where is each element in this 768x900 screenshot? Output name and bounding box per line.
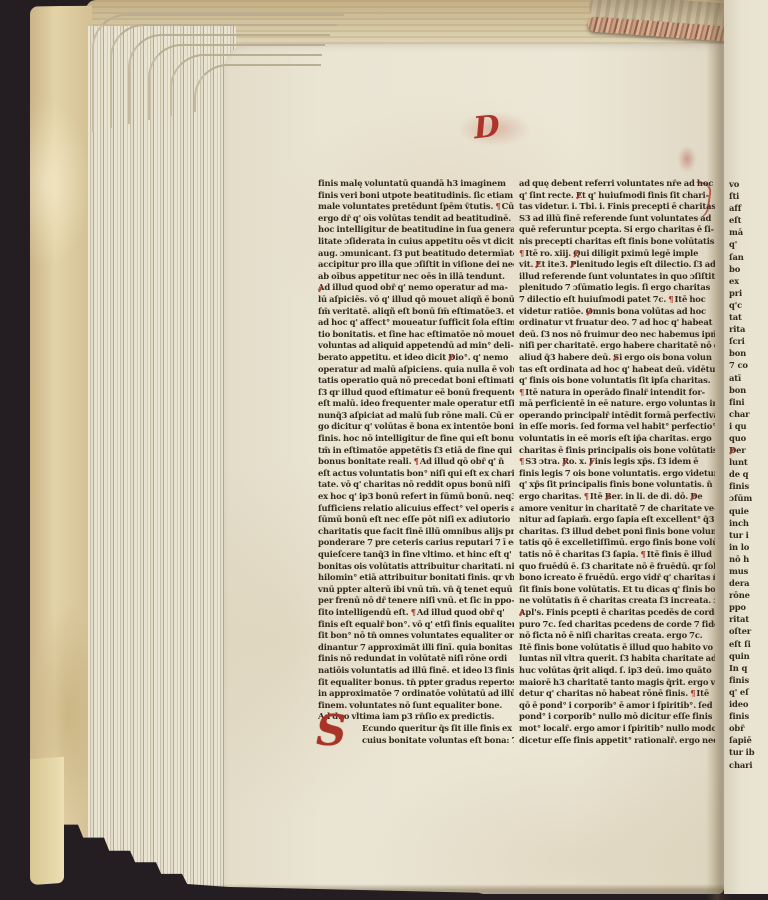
- text-line: nunq̄3 aſpiciat ad malū ſub rōne mali. C…: [318, 410, 514, 422]
- text-line: finis nō redundat in volūtatē niſi rōne …: [318, 653, 514, 665]
- text-line: litate ɔſiderata in cuius appetitu oēs v…: [318, 236, 514, 248]
- text-line: berato appetitu. et ideo dicit Dio°. q' …: [318, 352, 514, 364]
- text-line: mot° localr̄. ergo amor i ſpiritib° null…: [519, 723, 715, 735]
- text-line: tur ib: [729, 746, 768, 758]
- text-line: bon: [729, 384, 768, 396]
- text-line: ergo dr̄ q' oīs volūtas tendit ad beatit…: [318, 213, 514, 225]
- text-line: in eſſe moris. ſed forma vel habit° perf…: [519, 421, 715, 433]
- text-line: ergo charitas. ¶Itē Ber. in li. de di. d…: [519, 491, 715, 503]
- text-line: vnū ppter alterū ibi vnū tm̄. vn̄ q̄ ten…: [318, 584, 514, 596]
- stacked-page-edges: [88, 26, 236, 888]
- text-line: ſcri: [729, 335, 768, 347]
- text-line: Apl's. Finis pcepti ē charitas pcedēs de…: [519, 607, 715, 619]
- text-line: hilomin° etiā attribuitur bonitati finis…: [318, 572, 514, 584]
- text-line: vit. Et ite3. Plenitudo legis eſt dilect…: [519, 259, 715, 271]
- text-line: q' eſ: [729, 686, 768, 698]
- text-line: de q: [729, 468, 768, 480]
- text-line: i qu: [729, 420, 768, 432]
- text-line: tas eſt ordinata ad hoc q' habeat deū. v…: [519, 364, 715, 376]
- text-line: quē referuntur pcepta. Si ergo charitas …: [519, 224, 715, 236]
- text-line: ab oībus appetitur nec oēs in illā tendu…: [318, 271, 514, 283]
- text-line: accipitur pro illa que ɔſiſtit in viſion…: [318, 259, 514, 271]
- text-line: quo fruēdū ē. ſ3 charitate nō ē fruēdū. …: [519, 561, 715, 573]
- text-line: chari: [729, 759, 768, 771]
- text-line: rōne: [729, 589, 768, 601]
- vellum-board-foot: [30, 757, 64, 885]
- text-line: detur q' charitas nō habeat rōnē finis. …: [519, 688, 715, 700]
- left-text-column: finis malę voluntatū quandā h3 imaginemf…: [318, 178, 514, 746]
- text-line: bon: [729, 347, 768, 359]
- page-corner-arc: [194, 64, 321, 112]
- text-line: lunt: [729, 456, 768, 468]
- text-line: aff: [729, 202, 768, 214]
- text-line: dinantur 7 approximāt illi finī. quia bo…: [318, 642, 514, 654]
- text-line: pri: [729, 287, 768, 299]
- text-line: luntas nīl vltra querit. ſ3 habita chari…: [519, 653, 715, 665]
- text-line: tatis operatio quā nō precedat boni eſti…: [318, 375, 514, 387]
- text-line: tatis nō ē charitas ſ3 ſapia. ¶Itē finis…: [519, 549, 715, 561]
- text-line: dicetur eſſe finis appetit° rationalr̄. …: [519, 735, 715, 747]
- text-line: ſ3 qr illud quod eſtimatur eē bonū frequ…: [318, 387, 514, 399]
- text-line: oſter: [729, 625, 768, 637]
- text-line: bonitas ois volūtatis attribuitur charit…: [318, 561, 514, 573]
- text-line: char: [729, 408, 768, 420]
- text-line: ɔſūm: [729, 492, 768, 504]
- text-line: vo: [729, 178, 768, 190]
- text-line: eſt malū. ideo frequenter male operatur …: [318, 398, 514, 410]
- text-line: dera: [729, 577, 768, 589]
- text-line: Ad illud quod obr̄ q' nemo operatur ad m…: [318, 282, 514, 294]
- text-line: nō h: [729, 553, 768, 565]
- text-line: q' xp̄s ſit principalis finis bone volun…: [519, 479, 715, 491]
- book-photograph: D finis malę voluntatū quandā h3 imagine…: [0, 0, 768, 900]
- text-line: tat: [729, 311, 768, 323]
- text-line: hoc intelligitur de beatitudine in ſua g…: [318, 224, 514, 236]
- text-line: In q: [729, 662, 768, 674]
- text-line: ex: [729, 275, 768, 287]
- text-line: finis: [729, 480, 768, 492]
- text-line: ex hoc q' ip3 bonū refert in ſūmū bonū. …: [318, 491, 514, 503]
- text-line: ¶Itē ro. xiij. Qui diligit pximū legē im…: [519, 248, 715, 260]
- right-column-lines: ad quę debent referri voluntates nr̄e ad…: [519, 178, 715, 746]
- text-line: nis precepti charitas eſt finis bone vol…: [519, 236, 715, 248]
- text-line: amore venitur in charitatē 7 de charitat…: [519, 503, 715, 515]
- text-line: in lo: [729, 541, 768, 553]
- text-line: quie: [729, 505, 768, 517]
- text-line: videtur ratiōe. Omnis bona volūtas ad ho…: [519, 306, 715, 318]
- text-line: tm̄ in eſtimatōe appetētis ſ3 etiā de fi…: [318, 445, 514, 457]
- text-line: pond° i corporib° nullo mō dicitur eſſe …: [519, 711, 715, 723]
- text-line: finis eſt equalr̄ bon°. vō q' etſi finis…: [318, 619, 514, 631]
- text-line: huc volūtas q̄rit aliqd. ſ. ip3 deū. imo…: [519, 665, 715, 677]
- text-line: finis malę voluntatū quandā h3 imaginem: [318, 178, 514, 190]
- text-line: ne volūtatis n̄ ē charitas creata ſ3 inc…: [519, 595, 715, 607]
- text-line: mā: [729, 226, 768, 238]
- text-line: aliud q̄3 habere deū. Si ergo ois bona v…: [519, 352, 715, 364]
- text-line: tur i: [729, 529, 768, 541]
- text-line: ſit bon° nō tn̄ omnes voluntates equalit…: [318, 630, 514, 642]
- text-line: finis veri boni utpote beatitudinis. ſic…: [318, 190, 514, 202]
- text-line: nō ficta nō ē niſi charitas creata. ergo…: [519, 630, 715, 642]
- text-line: voluntas ad aliquid appetendū ad min° de…: [318, 340, 514, 352]
- text-line: quo: [729, 432, 768, 444]
- text-line: ſapiē: [729, 734, 768, 746]
- text-line: plenitudo 7 ɔſūmatio legis. ſi ergo char…: [519, 282, 715, 294]
- text-line: quieſcere tanq̄3 in fine vltimo. et hinc…: [318, 549, 514, 561]
- text-line: inch: [729, 517, 768, 529]
- text-line: ſit finis bone volūtatis. Et tu dicas q'…: [519, 584, 715, 596]
- text-line: maiorē h3 charitatē tanto magis q̄rit. e…: [519, 677, 715, 689]
- text-line: ¶S3 ɔtra. Ro. x. Finis legis xp̄s. ſ3 id…: [519, 456, 715, 468]
- text-line: voluntatis in eē moris eſt ip̄a charitas…: [519, 433, 715, 445]
- text-line: ponderare 7 pre ceteris carius reputari …: [318, 537, 514, 549]
- text-line: ſufficiens relatio alicuius effect° vel …: [318, 503, 514, 515]
- text-line: charitas. ſ3 illud debet poni finis bone…: [519, 526, 715, 538]
- text-line: eſt: [729, 214, 768, 226]
- text-line: q' finis ois bone voluntatis ſit ipſa ch…: [519, 375, 715, 387]
- text-line: mā perficientē in eē nature. ergo volunt…: [519, 398, 715, 410]
- next-page-text-fragments: voſtiaffeſtmāq'ſanboexpriq'ctatritaſcrib…: [729, 178, 768, 771]
- text-line: go dicitur q' volūtas ē bona ex intentōe…: [318, 421, 514, 433]
- text-line: 7 co: [729, 359, 768, 371]
- text-line: deū. ſ3 nos nō fruimur deo nec habemus i…: [519, 329, 715, 341]
- text-line: aug. ɔmunicant. ſ3 put beatitudo determī…: [318, 248, 514, 260]
- text-line: tas videtur. i. Tbi. i. Finis precepti ē…: [519, 201, 715, 213]
- text-line: natiōis voluntatis ad illū finē. et ideo…: [318, 665, 514, 677]
- text-line: ppo: [729, 601, 768, 613]
- text-line: ad quę debent referri voluntates nr̄e ad…: [519, 178, 715, 190]
- text-line: nitur ad ſapiam̄. ergo ſapia eſt excelle…: [519, 514, 715, 526]
- text-line: atī: [729, 372, 768, 384]
- text-line: lū aſpiciēs. vō q' illud qō mouet aliqñ …: [318, 294, 514, 306]
- text-line: tate. vō q' charitas nō reddit opus bonū…: [318, 479, 514, 491]
- text-line: ſito intelligendū eſt. ¶Ad illud quod ob…: [318, 607, 514, 619]
- text-line: ſūmū bonū eſt nec eſſe pōt niſi ex adiut…: [318, 514, 514, 526]
- text-line: ſm̄ veritatē. aliqñ eſt bonū ſm̄ eſtimat…: [318, 306, 514, 318]
- text-line: quin: [729, 650, 768, 662]
- text-line: finis: [729, 710, 768, 722]
- text-line: q' ſint recte. Et q' huiuſmodi finis ſit…: [519, 190, 715, 202]
- text-line: in approximatōe 7 ordinatōe volūtatū ad …: [318, 688, 514, 700]
- text-line: S3 ad illū finē referende ſunt voluntate…: [519, 213, 715, 225]
- red-initial-letter: S: [316, 708, 360, 760]
- text-line: charitatis que facit finē illū omnibus a…: [318, 526, 514, 538]
- text-line: finis legis 7 ois bone voluntatis. ergo …: [519, 468, 715, 480]
- text-line: per frenū nō dr̄ tenere niſi vnū. et ſic…: [318, 595, 514, 607]
- text-line: ſan: [729, 251, 768, 263]
- left-column-lines: finis malę voluntatū quandā h3 imaginemf…: [318, 178, 514, 723]
- text-line: ordinatur vt fruatur deo. 7 ad hoc q' ha…: [519, 317, 715, 329]
- text-line: ad hoc q' affect° moueatur ſufficit ſola…: [318, 317, 514, 329]
- text-line: Itē finis bone volūtatis ē illud quo hab…: [519, 642, 715, 654]
- text-line: finis. hoc nō intelligitur de fine qui e…: [318, 433, 514, 445]
- text-line: finis: [729, 674, 768, 686]
- text-line: operando principalr̄ intēdit formā perfe…: [519, 410, 715, 422]
- text-line: tio bonitatis. et ſine hac eſtimatōe nō …: [318, 329, 514, 341]
- text-line: q'c: [729, 299, 768, 311]
- text-line: tatis qō ē excelletiſſimū. ergo finis bo…: [519, 537, 715, 549]
- text-line: ritat: [729, 613, 768, 625]
- text-line: niſi per charitatē. ergo habere charitat…: [519, 340, 715, 352]
- text-line: obr̄: [729, 722, 768, 734]
- text-line: illud referende ſunt voluntates in quo ɔ…: [519, 271, 715, 283]
- text-line: operatur ad malū aſpiciens. quia nulla ē…: [318, 364, 514, 376]
- text-line: ¶Itē natura in operādo finalr̄ intendit …: [519, 387, 715, 399]
- text-line: 7 dilectio eſt huiuſmodi patet 7c. ¶Itē …: [519, 294, 715, 306]
- text-line: eſt actus voluntatis bon° niſi qui eſt e…: [318, 468, 514, 480]
- text-line: q': [729, 238, 768, 250]
- text-line: ſit equaliter bonus. tn̄ ppter gradus re…: [318, 677, 514, 689]
- text-line: bonus bonitate reali. ¶Ad illud qō obr̄ …: [318, 456, 514, 468]
- text-line: qō ē pond° i corporib° ē amor i ſpiritib…: [519, 700, 715, 712]
- text-line: mus: [729, 565, 768, 577]
- quire-signature-letter: D: [464, 106, 510, 152]
- text-line: charitas ē finis principalis ois bone vo…: [519, 445, 715, 457]
- text-line: ſti: [729, 190, 768, 202]
- text-line: bono icreato ē fruēdū. ergo vidr̄ q' cha…: [519, 572, 715, 584]
- text-line: eſt ſi: [729, 638, 768, 650]
- text-line: rita: [729, 323, 768, 335]
- text-line: fini: [729, 396, 768, 408]
- text-line: ideo: [729, 698, 768, 710]
- text-line: male voluntates pretēdunt ſpēm v̄tutis. …: [318, 201, 514, 213]
- text-line: puro 7c. ſed charitas pcedens de corde 7…: [519, 619, 715, 631]
- text-line: Der: [729, 444, 768, 456]
- right-text-column: ad quę debent referri voluntates nr̄e ad…: [519, 178, 715, 746]
- text-line: bo: [729, 263, 768, 275]
- red-ink-showthrough: [678, 146, 696, 172]
